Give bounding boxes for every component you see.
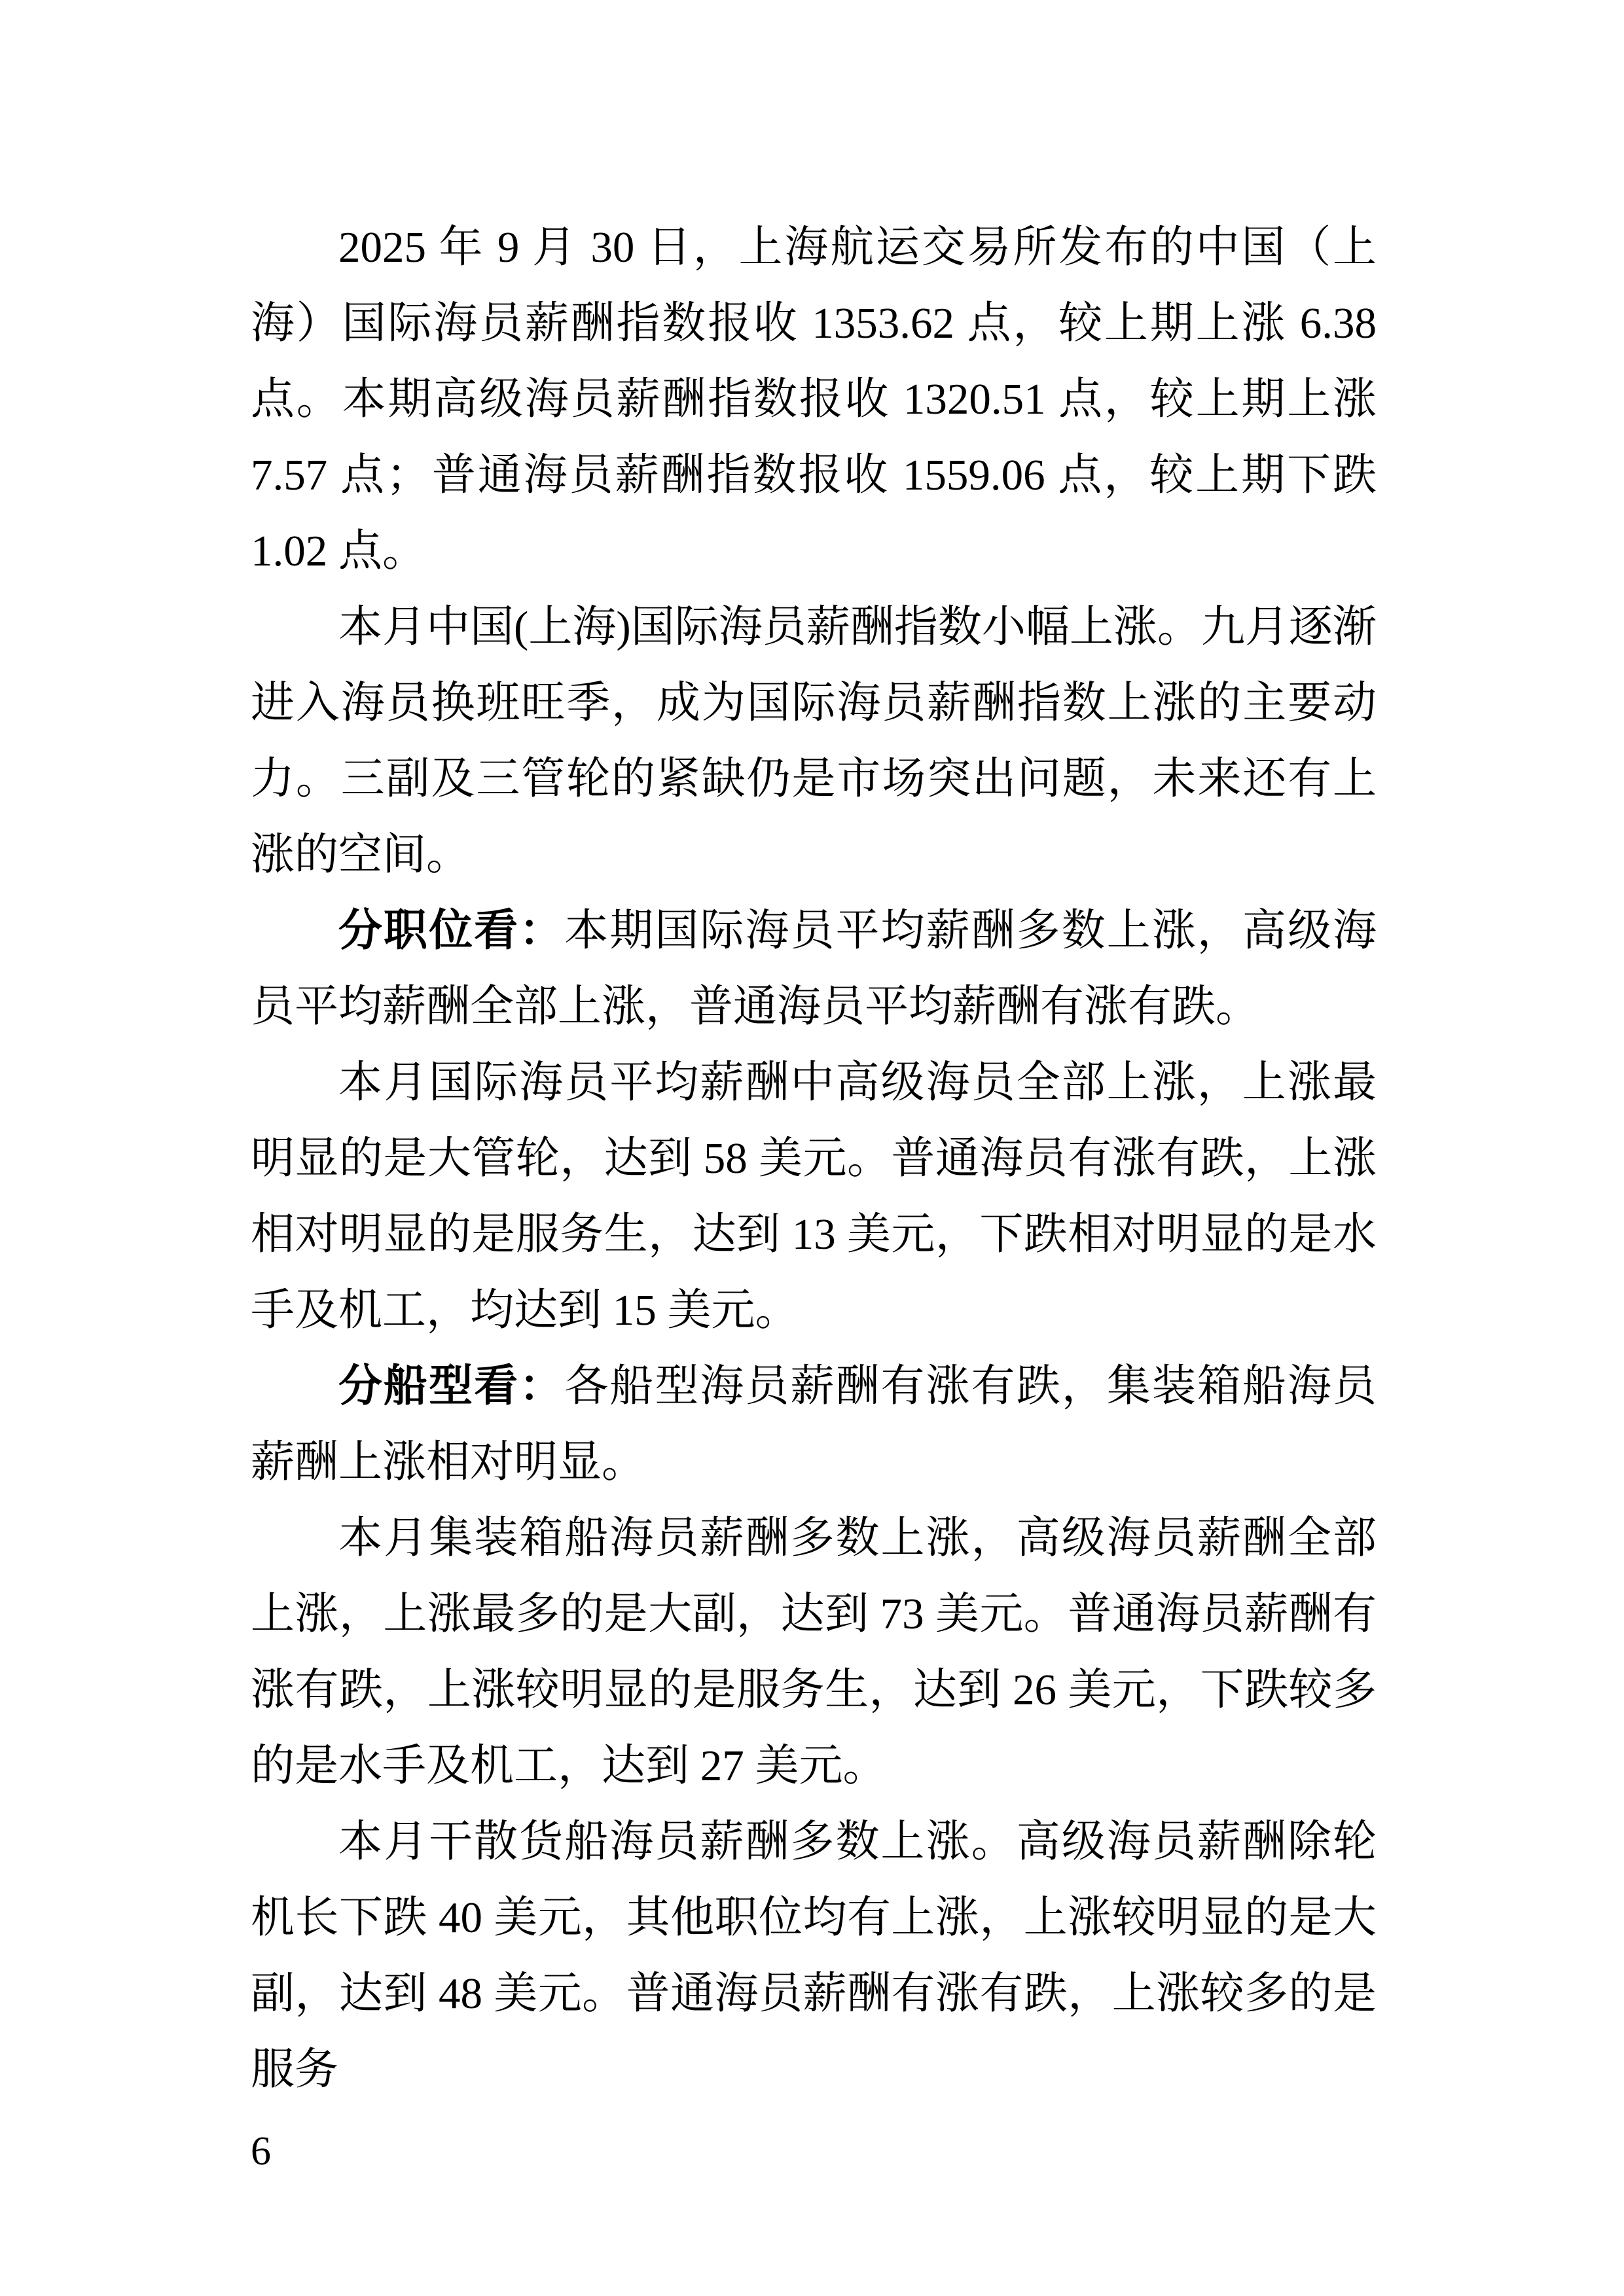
document-page: 2025 年 9 月 30 日，上海航运交易所发布的中国（上海）国际海员薪酬指数… <box>0 0 1624 2296</box>
paragraph-monthly-overview: 本月中国(上海)国际海员薪酬指数小幅上涨。九月逐渐进入海员换班旺季，成为国际海员… <box>251 589 1377 893</box>
page-number: 6 <box>251 2128 271 2174</box>
document-body: 2025 年 9 月 30 日，上海航运交易所发布的中国（上海）国际海员薪酬指数… <box>251 209 1377 2108</box>
paragraph-text: 本月国际海员平均薪酬中高级海员全部上涨，上涨最明显的是大管轮，达到 58 美元。… <box>251 1058 1377 1335</box>
paragraph-index-summary: 2025 年 9 月 30 日，上海航运交易所发布的中国（上海）国际海员薪酬指数… <box>251 209 1377 589</box>
paragraph-text: 本月干散货船海员薪酬多数上涨。高级海员薪酬除轮机长下跌 40 美元，其他职位均有… <box>251 1818 1377 2094</box>
paragraph-container-ship: 本月集装箱船海员薪酬多数上涨，高级海员薪酬全部上涨，上涨最多的是大副，达到 73… <box>251 1500 1377 1804</box>
paragraph-text: 本月中国(上海)国际海员薪酬指数小幅上涨。九月逐渐进入海员换班旺季，成为国际海员… <box>251 603 1377 879</box>
paragraph-text: 2025 年 9 月 30 日，上海航运交易所发布的中国（上海）国际海员薪酬指数… <box>251 223 1377 575</box>
paragraph-position-detail: 本月国际海员平均薪酬中高级海员全部上涨，上涨最明显的是大管轮，达到 58 美元。… <box>251 1045 1377 1348</box>
paragraph-bold-lead: 分职位看： <box>338 906 564 955</box>
paragraph-bold-lead: 分船型看： <box>338 1362 564 1410</box>
paragraph-dry-bulk-ship: 本月干散货船海员薪酬多数上涨。高级海员薪酬除轮机长下跌 40 美元，其他职位均有… <box>251 1804 1377 2108</box>
paragraph-by-position: 分职位看：本期国际海员平均薪酬多数上涨，高级海员平均薪酬全部上涨，普通海员平均薪… <box>251 893 1377 1045</box>
paragraph-by-ship-type: 分船型看：各船型海员薪酬有涨有跌，集装箱船海员薪酬上涨相对明显。 <box>251 1348 1377 1500</box>
paragraph-text: 本月集装箱船海员薪酬多数上涨，高级海员薪酬全部上涨，上涨最多的是大副，达到 73… <box>251 1514 1377 1790</box>
